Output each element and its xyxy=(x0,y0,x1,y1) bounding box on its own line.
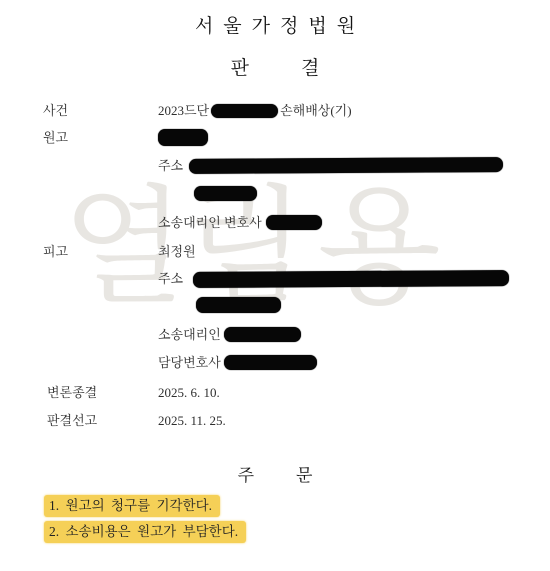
order-heading: 주문 xyxy=(0,461,550,486)
attorney-in-charge-row: 담당변호사 xyxy=(43,354,550,372)
defendant-address: 주소 xyxy=(158,270,509,287)
hearing-closed-label: 변론종결 xyxy=(47,384,109,401)
plaintiff-name-redacted xyxy=(158,129,208,146)
defendant-name: 최정원 xyxy=(158,243,196,260)
attorney-in-charge-label: 담당변호사 xyxy=(158,354,221,371)
defendant-representative-row: 소송대리인 xyxy=(43,326,550,344)
defendant-address-row: 주소 xyxy=(43,270,550,288)
case-type: 손해배상(기) xyxy=(280,102,351,119)
document-title: 판결 xyxy=(0,53,550,80)
plaintiff-row: 원고 xyxy=(43,129,550,147)
attorney-in-charge: 담당변호사 xyxy=(158,354,317,371)
judgment-date-label: 판결선고 xyxy=(47,412,109,429)
plaintiff-address-line2 xyxy=(43,186,550,204)
defendant-representative: 소송대리인 xyxy=(158,326,301,343)
order-item-2-text: 2. 소송비용은 원고가 부담한다. xyxy=(44,521,246,543)
hearing-closed-date: 2025. 6. 10. xyxy=(158,384,220,401)
defendant-address-continued xyxy=(158,297,281,313)
redaction-bar xyxy=(224,327,301,342)
plaintiff-attorney: 소송대리인 변호사 xyxy=(158,214,322,231)
plaintiff-address: 주소 xyxy=(158,157,503,174)
address-label: 주소 xyxy=(158,157,183,174)
defendant-label: 피고 xyxy=(43,243,123,260)
redaction-bar xyxy=(224,355,317,370)
court-judgment-document: 열람용 서울가정법원 판결 사건 2023드단 손해배상(기) 원고 주소 소송… xyxy=(0,0,550,571)
redaction-bar xyxy=(266,215,322,230)
case-label: 사건 xyxy=(43,102,123,119)
redaction-bar xyxy=(193,270,509,288)
plaintiff-label: 원고 xyxy=(43,129,123,146)
court-name: 서울가정법원 xyxy=(0,11,550,38)
plaintiff-address-row: 주소 xyxy=(43,157,550,175)
order-item-1-text: 1. 원고의 청구를 기각한다. xyxy=(44,495,220,517)
redaction-bar xyxy=(211,104,278,118)
redaction-bar xyxy=(189,157,503,174)
plaintiff-address-continued xyxy=(158,186,257,201)
plaintiff-attorney-row: 소송대리인 변호사 xyxy=(43,214,550,232)
judgment-date-value: 2025. 11. 25. xyxy=(158,412,226,429)
redaction-bar xyxy=(194,186,257,201)
hearing-closed-row: 변론종결 2025. 6. 10. xyxy=(43,384,550,402)
plaintiff-attorney-label: 소송대리인 변호사 xyxy=(158,214,262,231)
redaction-bar xyxy=(196,297,281,313)
case-row: 사건 2023드단 손해배상(기) xyxy=(43,102,550,120)
defendant-representative-label: 소송대리인 xyxy=(158,326,221,343)
order-item-2: 2. 소송비용은 원고가 부담한다. xyxy=(44,521,246,543)
judgment-date-row: 판결선고 2025. 11. 25. xyxy=(43,412,550,430)
order-item-1: 1. 원고의 청구를 기각한다. xyxy=(44,495,220,517)
case-number: 2023드단 손해배상(기) xyxy=(158,102,352,119)
redaction-bar xyxy=(158,129,208,146)
defendant-row: 피고 최정원 xyxy=(43,243,550,261)
case-number-prefix: 2023드단 xyxy=(158,102,209,119)
defendant-address-line2 xyxy=(43,297,550,315)
address-label: 주소 xyxy=(158,270,183,287)
